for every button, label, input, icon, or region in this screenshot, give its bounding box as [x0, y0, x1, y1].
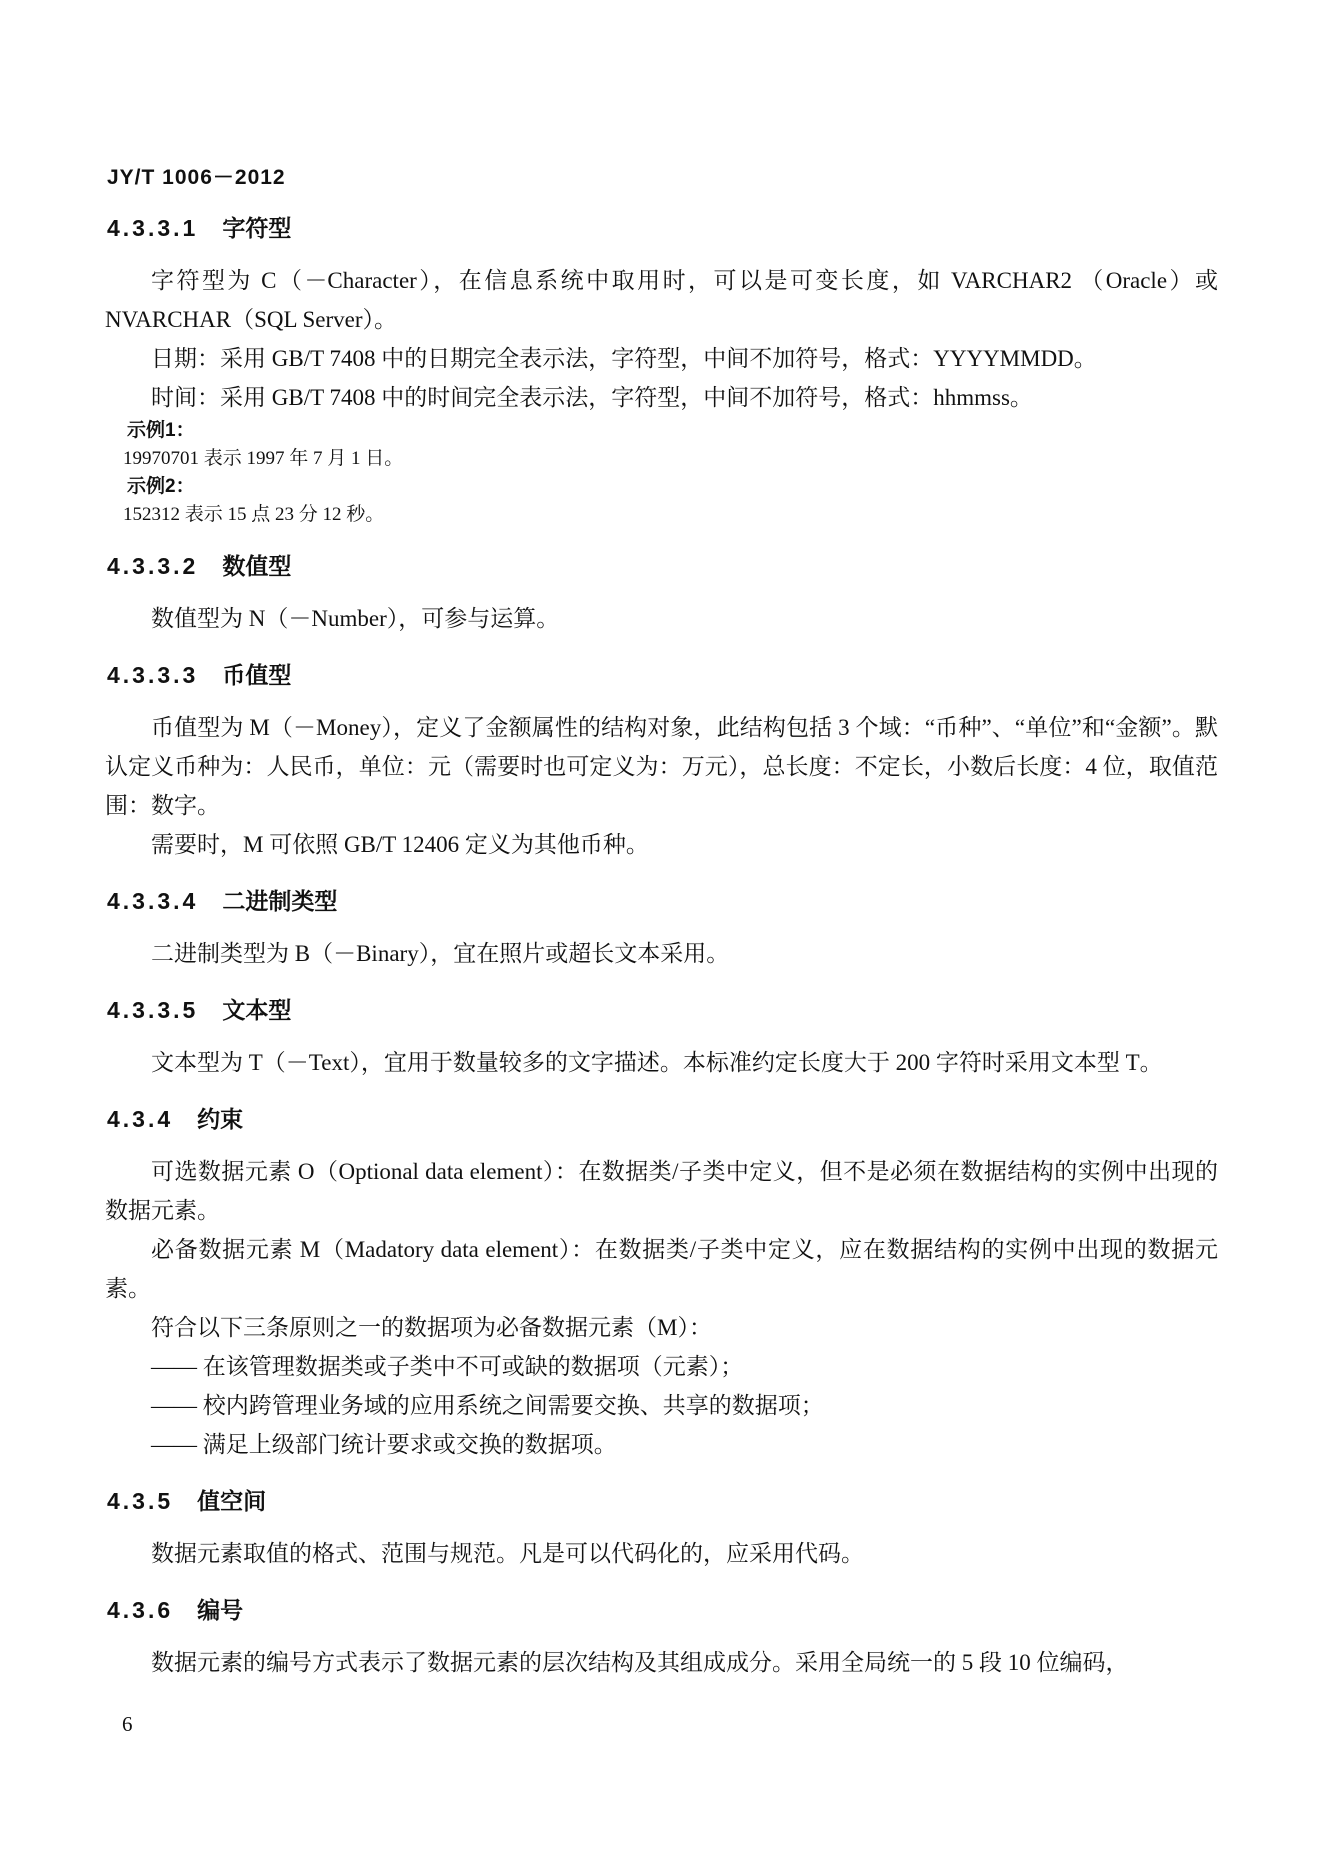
section-title: 字符型	[222, 215, 291, 241]
section-heading: 4.3.5值空间	[107, 1486, 1218, 1516]
section-char-type: 4.3.3.1字符型 字符型为 C（－Character），在信息系统中取用时，…	[105, 213, 1218, 529]
section-title: 编号	[197, 1597, 243, 1623]
paragraph: 数值型为 N（－Number），可参与运算。	[105, 599, 1218, 638]
paragraph-rules-intro: 符合以下三条原则之一的数据项为必备数据元素（M）：	[105, 1308, 1218, 1347]
section-heading: 4.3.3.3币值型	[107, 660, 1218, 690]
section-title: 数值型	[222, 553, 291, 579]
section-number: 4.3.3.4	[107, 888, 198, 914]
doc-code-header: JY/T 1006－2012	[107, 165, 1218, 191]
dash-list-item: —— 校内跨管理业务域的应用系统之间需要交换、共享的数据项；	[105, 1386, 1218, 1425]
section-text-type: 4.3.3.5文本型 文本型为 T（－Text），宜用于数量较多的文字描述。本标…	[105, 995, 1218, 1082]
paragraph: 字符型为 C（－Character），在信息系统中取用时，可以是可变长度，如 V…	[105, 261, 1218, 339]
paragraph-time-rule: 时间：采用 GB/T 7408 中的时间完全表示法，字符型，中间不加符号，格式：…	[105, 378, 1218, 417]
section-constraint: 4.3.4约束 可选数据元素 O（Optional data element）：…	[105, 1104, 1218, 1464]
paragraph: 文本型为 T（－Text），宜用于数量较多的文字描述。本标准约定长度大于 200…	[105, 1043, 1218, 1082]
section-heading: 4.3.3.1字符型	[107, 213, 1218, 243]
paragraph: 需要时，M 可依照 GB/T 12406 定义为其他币种。	[105, 825, 1218, 864]
section-heading: 4.3.3.2数值型	[107, 551, 1218, 581]
section-number: 4.3.3.2	[107, 553, 198, 579]
section-numbering: 4.3.6编号 数据元素的编号方式表示了数据元素的层次结构及其组成成分。采用全局…	[105, 1595, 1218, 1682]
section-number: 4.3.3.5	[107, 997, 198, 1023]
section-number: 4.3.3.1	[107, 215, 198, 241]
section-value-space: 4.3.5值空间 数据元素取值的格式、范围与规范。凡是可以代码化的，应采用代码。	[105, 1486, 1218, 1573]
page-content: JY/T 1006－2012 4.3.3.1字符型 字符型为 C（－Charac…	[105, 165, 1218, 1682]
dash-list-item: —— 在该管理数据类或子类中不可或缺的数据项（元素）；	[105, 1347, 1218, 1386]
section-title: 币值型	[222, 662, 291, 688]
section-heading: 4.3.4约束	[107, 1104, 1218, 1134]
dash-list-item: —— 满足上级部门统计要求或交换的数据项。	[105, 1425, 1218, 1464]
section-binary-type: 4.3.3.4二进制类型 二进制类型为 B（－Binary），宜在照片或超长文本…	[105, 886, 1218, 973]
section-number-type: 4.3.3.2数值型 数值型为 N（－Number），可参与运算。	[105, 551, 1218, 638]
section-title: 二进制类型	[222, 888, 337, 914]
paragraph: 数据元素取值的格式、范围与规范。凡是可以代码化的，应采用代码。	[105, 1534, 1218, 1573]
section-heading: 4.3.3.4二进制类型	[107, 886, 1218, 916]
section-title: 约束	[197, 1106, 243, 1132]
section-number: 4.3.6	[107, 1597, 173, 1623]
example-text: 19970701 表示 1997 年 7 月 1 日。	[123, 445, 1218, 473]
section-number: 4.3.4	[107, 1106, 173, 1132]
paragraph: 币值型为 M（－Money），定义了金额属性的结构对象，此结构包括 3 个域：“…	[105, 708, 1218, 825]
example-label: 示例1：	[127, 417, 1218, 445]
section-money-type: 4.3.3.3币值型 币值型为 M（－Money），定义了金额属性的结构对象，此…	[105, 660, 1218, 864]
paragraph: 数据元素的编号方式表示了数据元素的层次结构及其组成成分。采用全局统一的 5 段 …	[105, 1643, 1218, 1682]
section-title: 文本型	[222, 997, 291, 1023]
paragraph: 二进制类型为 B（－Binary），宜在照片或超长文本采用。	[105, 934, 1218, 973]
page-number: 6	[122, 1712, 133, 1736]
paragraph-date-rule: 日期：采用 GB/T 7408 中的日期完全表示法，字符型，中间不加符号，格式：…	[105, 339, 1218, 378]
section-number: 4.3.5	[107, 1488, 173, 1514]
section-number: 4.3.3.3	[107, 662, 198, 688]
example-label: 示例2：	[127, 473, 1218, 501]
example-text: 152312 表示 15 点 23 分 12 秒。	[123, 501, 1218, 529]
section-heading: 4.3.6编号	[107, 1595, 1218, 1625]
paragraph-optional-element: 可选数据元素 O（Optional data element）：在数据类/子类中…	[105, 1152, 1218, 1230]
section-title: 值空间	[197, 1488, 266, 1514]
paragraph-mandatory-element: 必备数据元素 M（Madatory data element）：在数据类/子类中…	[105, 1230, 1218, 1308]
document-page: JY/T 1006－2012 4.3.3.1字符型 字符型为 C（－Charac…	[0, 0, 1323, 1871]
section-heading: 4.3.3.5文本型	[107, 995, 1218, 1025]
